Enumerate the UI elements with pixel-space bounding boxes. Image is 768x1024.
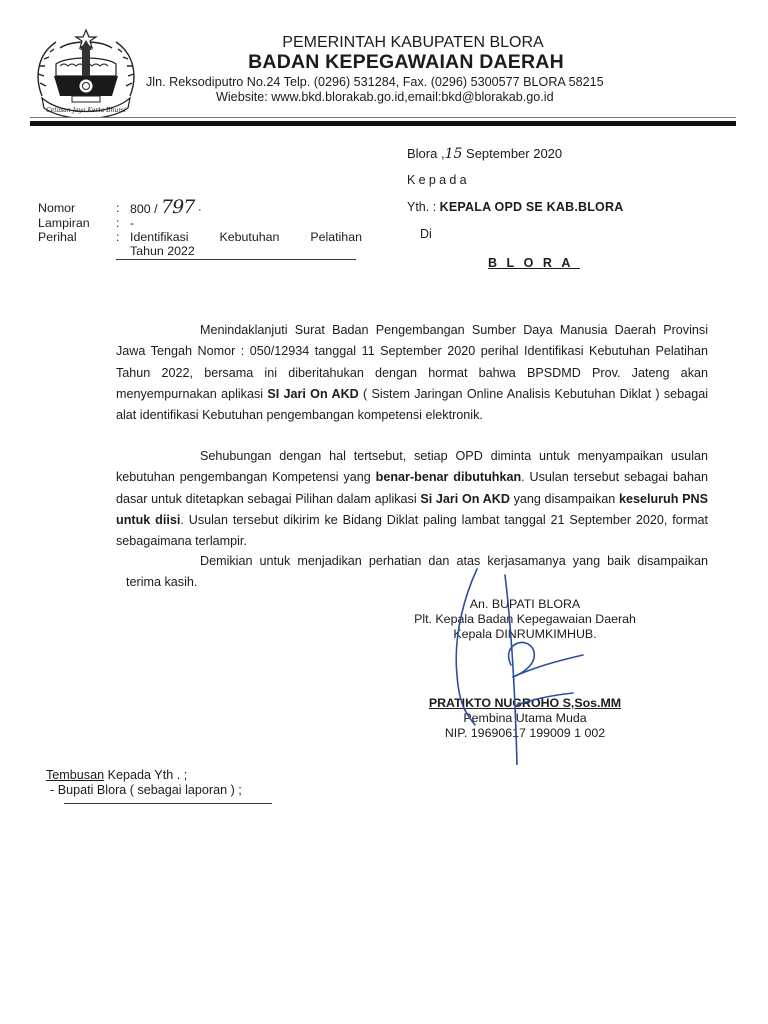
paragraph-2: Sehubungan dengan hal tertsebut, setiap … bbox=[116, 446, 708, 552]
signature-block: An. BUPATI BLORA Plt. Kepala Badan Kepeg… bbox=[390, 597, 660, 642]
signatory: PRATIKTO NUGROHO S,Sos.MM Pembina Utama … bbox=[390, 696, 660, 741]
svg-text:Cetasan Jaya Kerta Bhumi: Cetasan Jaya Kerta Bhumi bbox=[46, 107, 126, 114]
letter-date: Blora ,15 September 2020 bbox=[407, 146, 562, 162]
paragraph-1: Menindaklanjuti Surat Badan Pengembangan… bbox=[116, 320, 708, 426]
paragraph-3: Demikian untuk menjadikan perhatian dan … bbox=[126, 551, 708, 594]
signatory-nip: NIP. 19690617 199009 1 002 bbox=[390, 726, 660, 741]
handwritten-day: 15 bbox=[445, 146, 463, 162]
meta-lampiran: Lampiran : - bbox=[38, 216, 362, 230]
letterhead-government: PEMERINTAH KABUPATEN BLORA bbox=[0, 34, 768, 52]
letterhead-divider-thin bbox=[30, 117, 736, 118]
di-label: Di bbox=[420, 227, 432, 241]
letterhead-address: Jln. Reksodiputro No.24 Telp. (0296) 531… bbox=[146, 75, 604, 89]
meta-nomor: Nomor : 800 / 797 · bbox=[38, 201, 362, 216]
signatory-name: PRATIKTO NUGROHO S,Sos.MM bbox=[390, 696, 660, 711]
letterhead-divider bbox=[30, 121, 736, 126]
letterhead-agency: BADAN KEPEGAWAIAN DAERAH bbox=[0, 51, 768, 74]
kepada-label: Kepada bbox=[407, 173, 470, 187]
recipient-city: BLORA bbox=[488, 256, 580, 270]
tembusan-underline bbox=[64, 803, 272, 804]
signatory-rank: Pembina Utama Muda bbox=[390, 711, 660, 726]
handwritten-number: 797 bbox=[161, 196, 194, 218]
tembusan-block: Tembusan Kepada Yth . ; - Bupati Blora (… bbox=[46, 768, 242, 797]
recipient: Yth. : KEPALA OPD SE KAB.BLORA bbox=[407, 200, 623, 214]
letter-meta: Nomor : 800 / 797 · Lampiran : - Perihal… bbox=[38, 201, 362, 258]
tembusan-item: - Bupati Blora ( sebagai laporan ) ; bbox=[46, 783, 242, 798]
perihal-underline bbox=[116, 259, 356, 260]
meta-perihal: Perihal : Identifikasi Kebutuhan Pelatih… bbox=[38, 230, 362, 244]
letterhead-website: Wiebsite: www.bkd.blorakab.go.id,email:b… bbox=[216, 90, 554, 104]
